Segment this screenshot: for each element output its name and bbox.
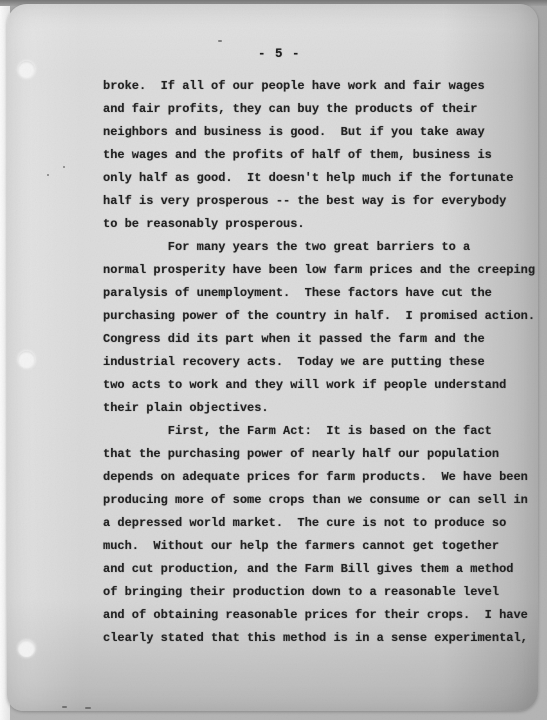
text-line: two acts to work and they will work if p… bbox=[103, 374, 543, 397]
text-line: a depressed world market. The cure is no… bbox=[103, 512, 543, 535]
text-line: and fair profits, they can buy the produ… bbox=[103, 98, 543, 121]
text-line: purchasing power of the country in half.… bbox=[103, 305, 543, 328]
text-line: and cut production, and the Farm Bill gi… bbox=[103, 558, 543, 581]
page-number: - 5 - bbox=[258, 43, 301, 66]
punch-hole-top bbox=[18, 61, 35, 78]
scan-speck bbox=[47, 174, 49, 176]
text-line: clearly stated that this method is in a … bbox=[103, 627, 543, 650]
punch-hole-middle bbox=[18, 351, 35, 368]
text-line: much. Without our help the farmers canno… bbox=[103, 535, 543, 558]
text-line: of bringing their production down to a r… bbox=[103, 581, 543, 604]
text-line: and of obtaining reasonable prices for t… bbox=[103, 604, 543, 627]
text-line: Congress did its part when it passed the… bbox=[103, 328, 543, 351]
text-line: depends on adequate prices for farm prod… bbox=[103, 466, 543, 489]
document-body-text: broke. If all of our people have work an… bbox=[103, 75, 543, 650]
scan-speck bbox=[62, 706, 67, 708]
text-line: broke. If all of our people have work an… bbox=[103, 75, 543, 98]
punch-hole-bottom bbox=[18, 640, 35, 657]
text-line: paralysis of unemployment. These factors… bbox=[103, 282, 543, 305]
text-line: industrial recovery acts. Today we are p… bbox=[103, 351, 543, 374]
scan-speck bbox=[218, 40, 222, 42]
text-line: neighbors and business is good. But if y… bbox=[103, 121, 543, 144]
text-line: For many years the two great barriers to… bbox=[103, 236, 543, 259]
scan-speck bbox=[85, 707, 91, 709]
text-line: their plain objectives. bbox=[103, 397, 543, 420]
text-line: that the purchasing power of nearly half… bbox=[103, 443, 543, 466]
text-line: producing more of some crops than we con… bbox=[103, 489, 543, 512]
text-line: only half as good. It doesn't help much … bbox=[103, 167, 543, 190]
text-line: normal prosperity have been low farm pri… bbox=[103, 259, 543, 282]
text-line: the wages and the profits of half of the… bbox=[103, 144, 543, 167]
paper-sheet: - 5 - broke. If all of our people have w… bbox=[7, 4, 538, 711]
text-line: half is very prosperous -- the best way … bbox=[103, 190, 543, 213]
text-line: First, the Farm Act: It is based on the … bbox=[103, 420, 543, 443]
scanned-document: - 5 - broke. If all of our people have w… bbox=[0, 0, 547, 720]
text-line: to be reasonably prosperous. bbox=[103, 213, 543, 236]
scan-speck bbox=[63, 166, 65, 168]
